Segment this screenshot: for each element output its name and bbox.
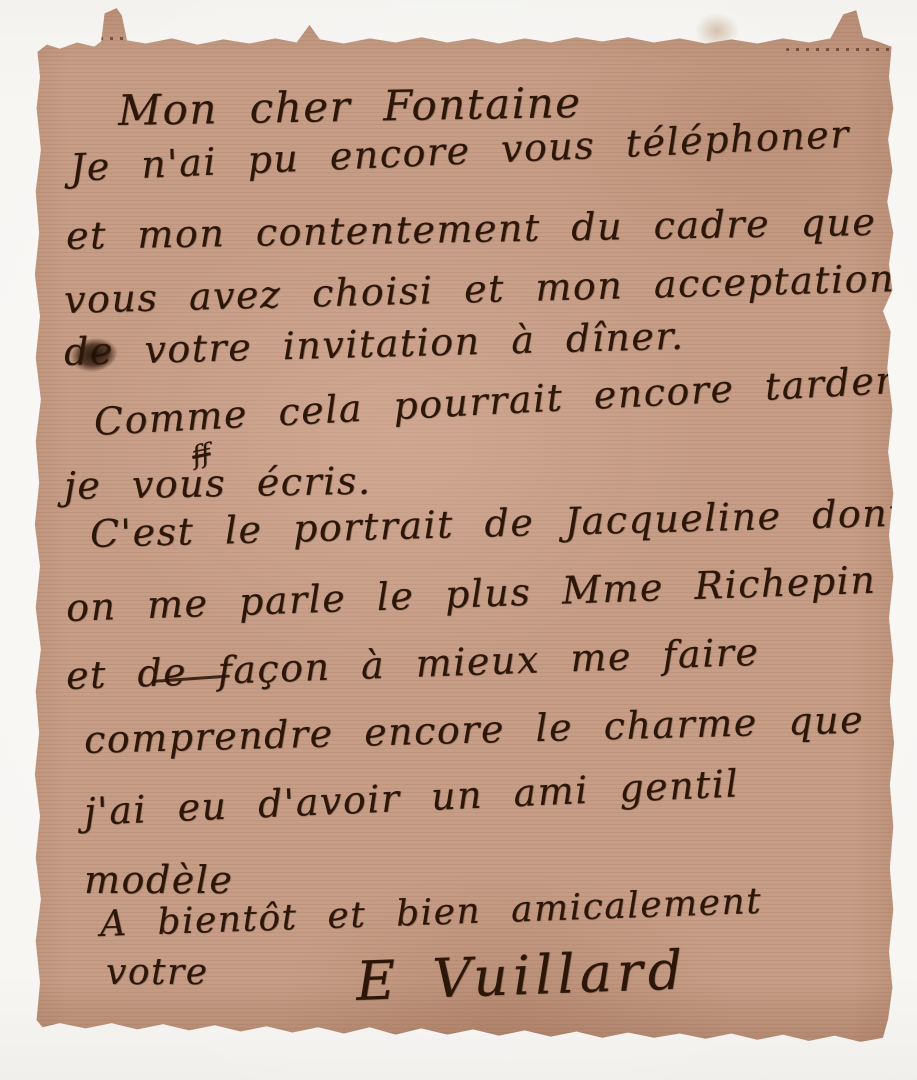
body-line-2: et mon contentement du cadre que bbox=[66, 200, 877, 258]
body-line-4: de votre invitation à dîner. bbox=[63, 314, 684, 374]
body-line-9: et de façon à mieux me faire bbox=[65, 630, 760, 698]
signature: E Vuillard bbox=[355, 938, 688, 1013]
body-line-10: comprendre encore le charme que bbox=[83, 698, 864, 762]
body-line-8: on me parle le plus Mme Richepin bbox=[65, 558, 877, 630]
body-line-6: je vous écris. bbox=[64, 459, 372, 508]
body-line-5: Comme cela pourrait encore tarder bbox=[93, 358, 896, 444]
body-line-11: j'ai eu d'avoir un ami gentil bbox=[83, 761, 740, 834]
body-line-12: modèle bbox=[84, 858, 233, 902]
body-line-3: vous avez choisi et mon acceptation bbox=[63, 256, 895, 322]
valediction-line: votre bbox=[106, 952, 209, 993]
stain-mark bbox=[686, 6, 748, 56]
letter-paper: Mon cher Fontaine Je n'ai pu encore vous… bbox=[34, 4, 895, 1045]
perforation-dots-right bbox=[786, 48, 898, 51]
